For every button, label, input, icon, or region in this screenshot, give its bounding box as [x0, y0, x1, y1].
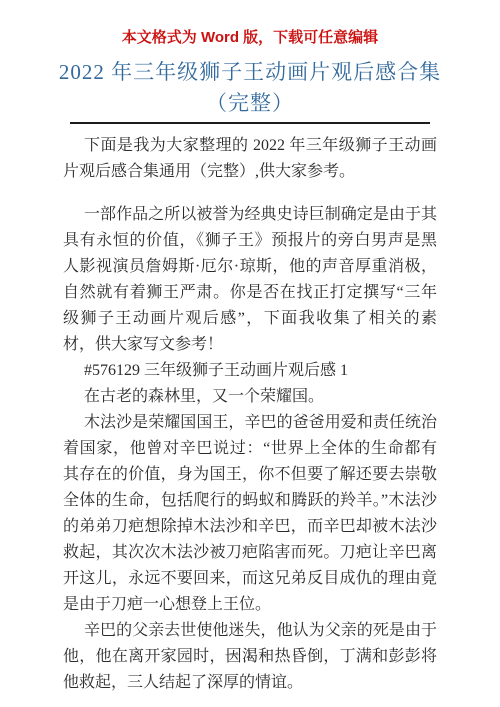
page-number: — 1 —: [0, 646, 500, 662]
paragraph: 木法沙是荣耀国国王，辛巴的爸爸用爱和责任统治着国家，他曾对辛巴说过：“世界上全体…: [63, 410, 437, 618]
document-body: 下面是我为大家整理的 2022 年三年级狮子王动画片观后感合集通用（完整）,供大…: [63, 133, 437, 696]
document-title: 2022 年三年级狮子王动画片观后感合集 （完整）: [40, 57, 460, 119]
title-divider: [70, 122, 430, 124]
format-notice: 本文格式为 Word 版，下载可任意编辑: [0, 0, 500, 47]
title-line-1: 2022 年三年级狮子王动画片观后感合集: [40, 57, 460, 88]
paragraph: 下面是我为大家整理的 2022 年三年级狮子王动画片观后感合集通用（完整）,供大…: [63, 133, 437, 185]
title-line-2: （完整）: [40, 88, 460, 119]
paragraph: 一部作品之所以被誉为经典史诗巨制确定是由于其具有永恒的价值，《狮子王》预报片的旁…: [63, 202, 437, 358]
document-page: 本文格式为 Word 版，下载可任意编辑 2022 年三年级狮子王动画片观后感合…: [0, 0, 500, 707]
paragraph: #576129 三年级狮子王动画片观后感 1: [63, 358, 437, 384]
paragraph: 在古老的森林里，又一个荣耀国。: [63, 384, 437, 410]
